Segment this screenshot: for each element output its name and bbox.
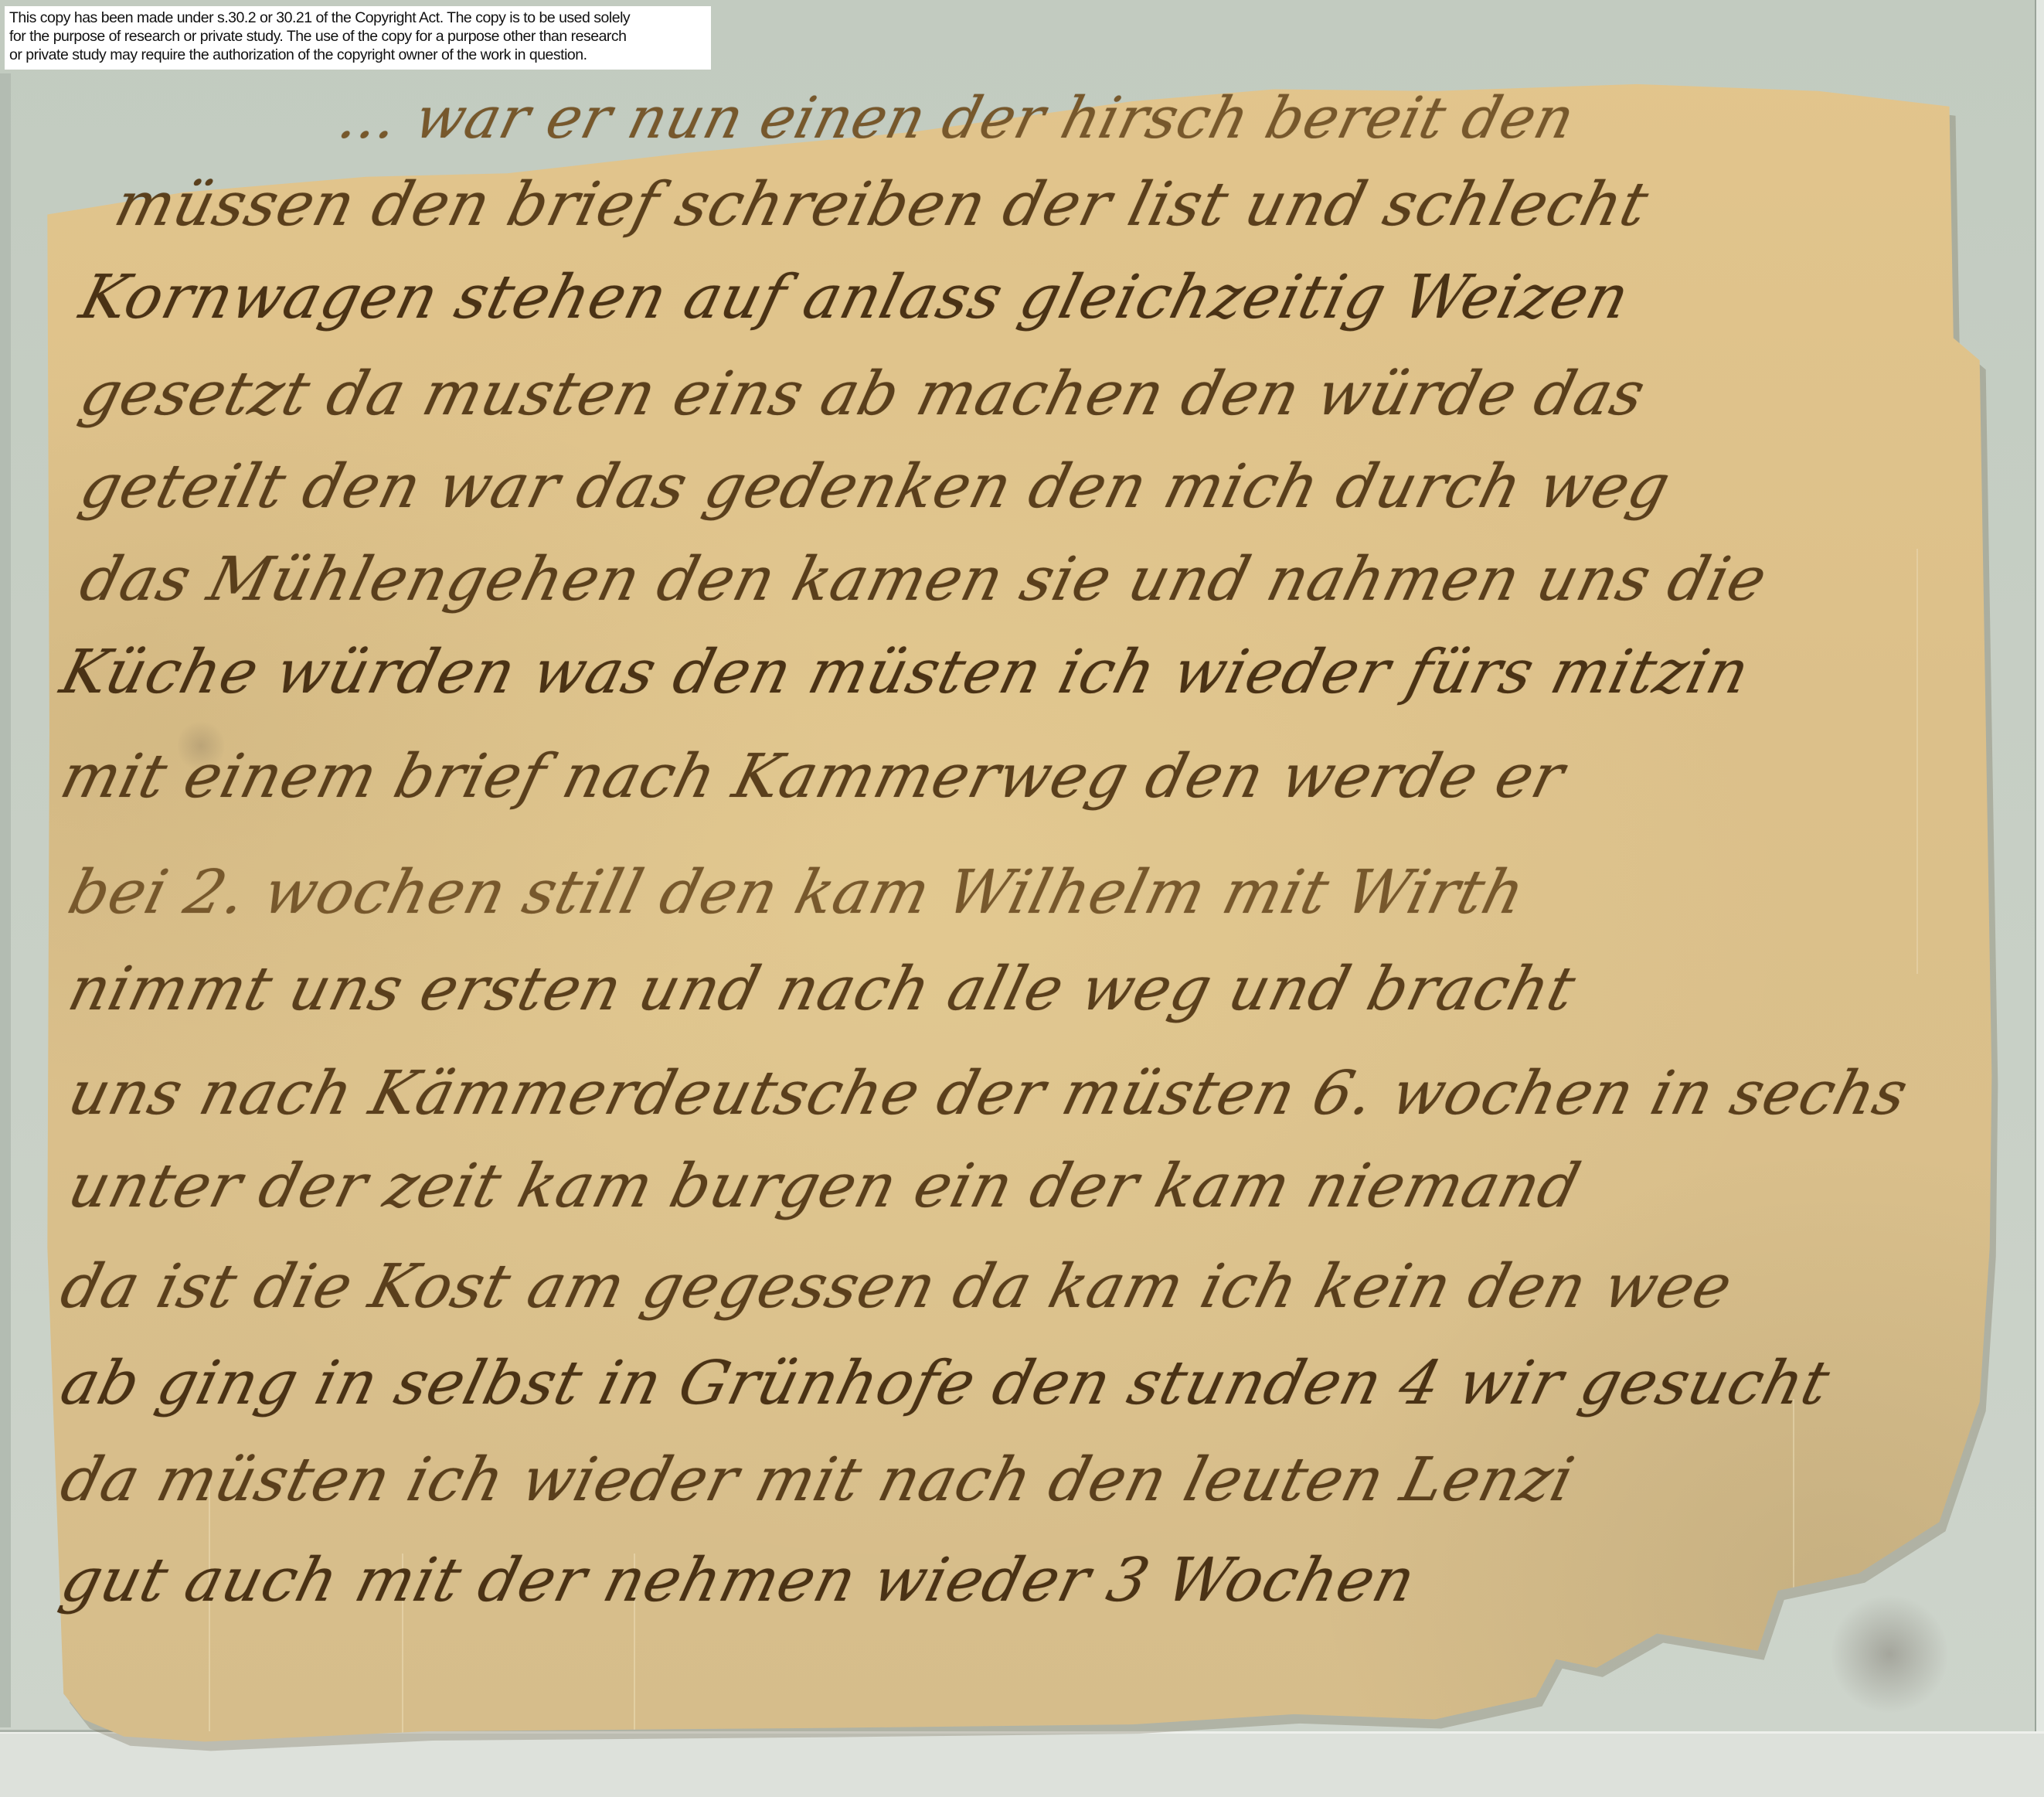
copyright-notice-line-3: or private study may require the authori… — [9, 46, 706, 64]
handwritten-text: ... war er nun einen der hirsch bereit d… — [0, 0, 2044, 1797]
manuscript-line-13: da ist die Kost am gegessen da kam ich k… — [54, 1252, 1740, 1322]
manuscript-line-10: nimmt uns ersten und nach alle weg und b… — [62, 955, 1583, 1024]
manuscript-line-7: Küche würden was den müsten ich wieder f… — [54, 638, 1757, 707]
manuscript-line-12: unter der zeit kam burgen ein der kam ni… — [62, 1152, 1587, 1221]
manuscript-line-9: bei 2. wochen still den kam Wilhelm mit … — [62, 858, 1532, 927]
manuscript-line-1: ... war er nun einen der hirsch bereit d… — [332, 85, 1582, 151]
manuscript-line-5: geteilt den war das gedenken den mich du… — [73, 452, 1677, 522]
copyright-notice: This copy has been made under s.30.2 or … — [5, 6, 711, 70]
manuscript-line-3: Kornwagen stehen auf anlass gleichzeitig… — [73, 263, 1636, 332]
copyright-notice-line-2: for the purpose of research or private s… — [9, 27, 706, 46]
manuscript-line-11: uns nach Kämmerdeutsche der müsten 6. wo… — [62, 1059, 1915, 1128]
copyright-notice-line-1: This copy has been made under s.30.2 or … — [9, 9, 706, 27]
manuscript-line-6: das Mühlengehen den kamen sie und nahmen… — [73, 545, 1774, 614]
manuscript-line-8: mit einem brief nach Kammerweg den werde… — [54, 742, 1572, 812]
manuscript-line-16: gut auch mit der nehmen wieder 3 Wochen — [54, 1546, 1423, 1615]
manuscript-line-2: müssen den brief schreiben der list und … — [108, 170, 1655, 240]
manuscript-line-15: da müsten ich wieder mit nach den leuten… — [54, 1445, 1581, 1515]
manuscript-line-14: ab ging in selbst in Grünhofe den stunde… — [54, 1349, 1837, 1418]
manuscript-line-4: gesetzt da musten eins ab machen den wür… — [73, 359, 1652, 429]
